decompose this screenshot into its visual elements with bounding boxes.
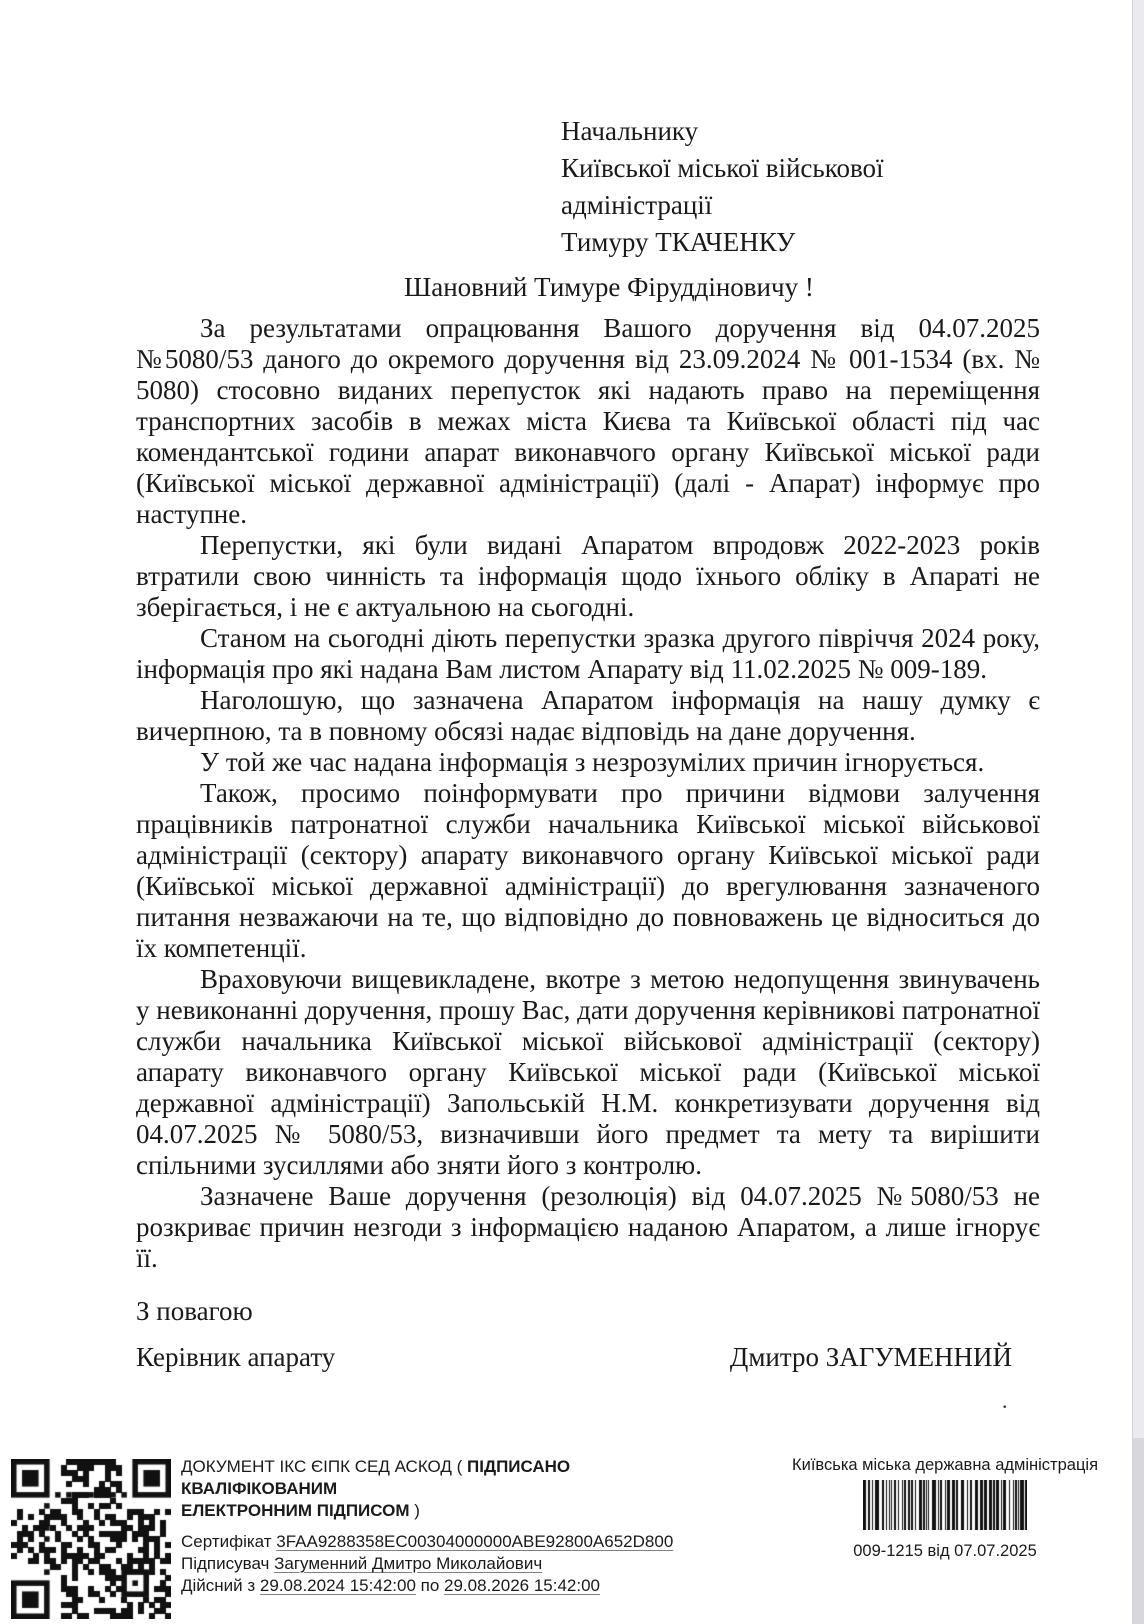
recipient-block: Начальнику Київської міської військової … — [561, 113, 1040, 261]
organization-name: Київська міська державна адміністрація — [780, 1456, 1110, 1475]
e-signature-title: ДОКУМЕНТ ІКС ЄІПК СЕД АСКОД ( ПІДПИСАНО … — [181, 1456, 721, 1522]
certificate-line: Сертифікат 3FAA9288358EC00304000000ABE92… — [181, 1531, 721, 1553]
scrollbar[interactable] — [1132, 0, 1144, 1624]
scrollbar-thumb[interactable] — [1133, 1438, 1144, 1624]
signer-line: Підписувач Загуменний Дмитро Миколайович — [181, 1553, 721, 1575]
valid-to-date: 29.08.2026 15:42:00 — [444, 1576, 600, 1595]
paragraph: Перепустки, які були видані Апаратом впр… — [136, 530, 1040, 623]
recipient-line: Тимуру ТКАЧЕНКУ — [561, 224, 1040, 261]
qr-code — [11, 1459, 171, 1619]
stray-dot: . — [1002, 1388, 1008, 1414]
registration-number: 009-1215 від 07.07.2025 — [780, 1542, 1110, 1561]
registration-block: Київська міська державна адміністрація 0… — [780, 1456, 1110, 1561]
e-signature-info: ДОКУМЕНТ ІКС ЄІПК СЕД АСКОД ( ПІДПИСАНО … — [181, 1456, 721, 1597]
paragraph: Також, просимо поінформувати про причини… — [136, 778, 1040, 964]
barcode — [863, 1480, 1027, 1530]
salutation: Шановний Тимуре Фіруддіновичу ! — [404, 272, 1040, 303]
signature-row: Керівник апарату Дмитро ЗАГУМЕННИЙ — [136, 1342, 1040, 1373]
paragraph: Наголошую, що зазначена Апаратом інформа… — [136, 685, 1040, 747]
signer-position: Керівник апарату — [136, 1342, 335, 1373]
paragraph: Враховуючи вищевикладене, вкотре з метою… — [136, 964, 1040, 1181]
valid-from-date: 29.08.2024 15:42:00 — [260, 1576, 416, 1595]
paragraph: За результатами опрацювання Вашого доруч… — [136, 313, 1040, 530]
validity-line: Дійсний з 29.08.2024 15:42:00 по 29.08.2… — [181, 1575, 721, 1597]
closing-regards: З повагою — [136, 1296, 1040, 1327]
letter-text: За результатами опрацювання Вашого доруч… — [136, 313, 1040, 1274]
paragraph: Станом на сьогодні діють перепустки зраз… — [136, 623, 1040, 685]
signer-full-name: Загуменний Дмитро Миколайович — [274, 1554, 542, 1573]
certificate-number: 3FAA9288358EC00304000000ABE92800A652D800 — [276, 1532, 673, 1551]
signer-name: Дмитро ЗАГУМЕННИЙ — [730, 1342, 1012, 1373]
paragraph: У той же час надана інформація з незрозу… — [136, 747, 1040, 778]
recipient-line: Начальнику — [561, 113, 1040, 150]
recipient-line: Київської міської військової адміністрац… — [561, 150, 1040, 224]
paragraph: Зазначене Ваше доручення (резолюція) від… — [136, 1181, 1040, 1274]
letter-body: Начальнику Київської міської військової … — [136, 113, 1040, 1373]
